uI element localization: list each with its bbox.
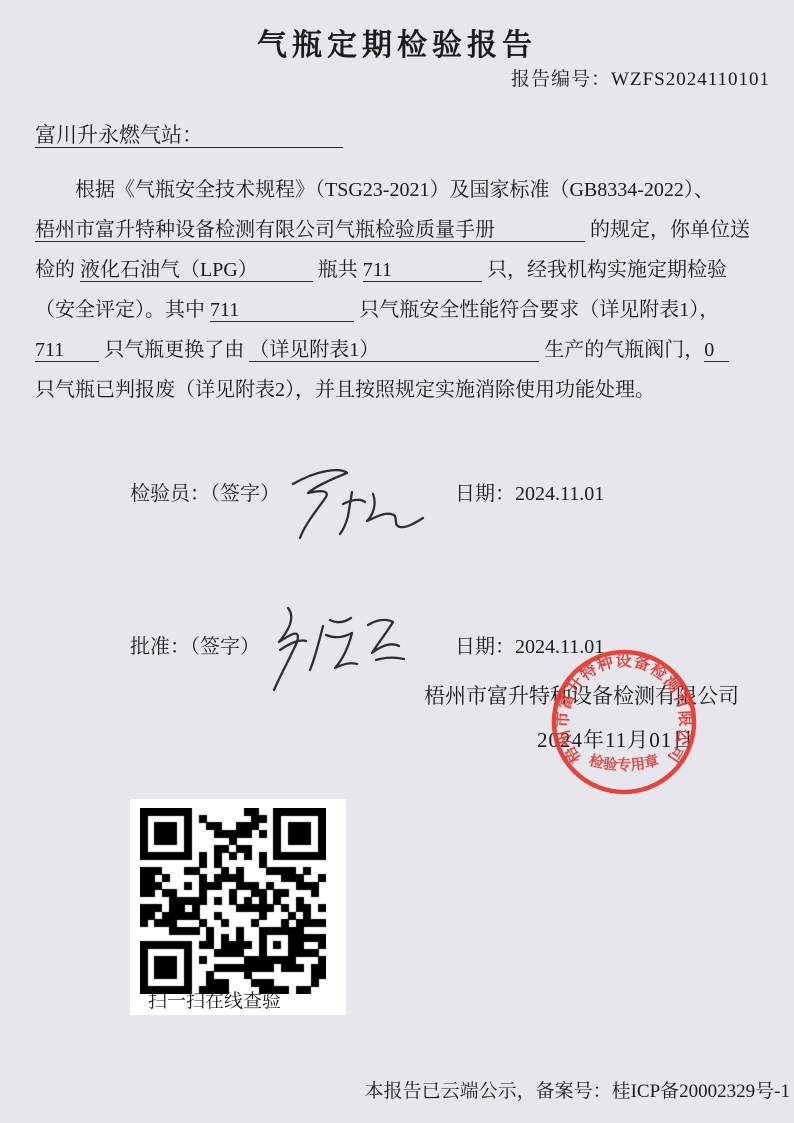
seal-bottom-text: 检验专用章	[587, 751, 661, 774]
qr-caption: 扫一扫在线查验	[148, 986, 281, 1013]
recipient-name: 富川升永燃气站：	[35, 123, 343, 148]
body-line-1: 根据《气瓶安全技术规程》（TSG23-2021）及国家标准（GB8334-202…	[35, 170, 767, 210]
body-text-segment: 只，经我机构实施定期检验	[482, 259, 727, 281]
page-title: 气瓶定期检验报告	[0, 20, 794, 64]
report-number: 报告编号：WZFS2024110101	[511, 64, 770, 91]
filled-blank-valve-maker: （详见附表1）	[249, 339, 539, 362]
svg-text:检验专用章: 检验专用章	[587, 751, 661, 774]
body-line-2: 梧州市富升特种设备检测有限公司气瓶检验质量手册 的规定，你单位送	[35, 210, 767, 250]
qr-code[interactable]	[140, 808, 326, 994]
inspector-date: 日期：2024.11.01	[455, 477, 604, 506]
body-text-segment: 根据《气瓶安全技术规程》（TSG23-2021）及国家标准（GB8334-202…	[75, 179, 714, 201]
body-line-3: 检的 液化石油气（LPG） 瓶共 711 只，经我机构实施定期检验	[35, 250, 767, 290]
body-line-4: （安全评定）。其中 711 只气瓶安全性能符合要求（详见附表1），	[35, 290, 767, 330]
body-text-segment: 的规定，你单位送	[585, 219, 750, 241]
filled-blank-valve-count: 711	[35, 339, 99, 362]
approver-label: 批准：（签字）	[130, 630, 260, 659]
footer-record-number: 本报告已云端公示，备案号：桂ICP备20002329号-1	[365, 1076, 790, 1103]
body-text-segment: 瓶共	[313, 259, 363, 281]
body-line-5: 711 只气瓶更换了由 （详见附表1） 生产的气瓶阀门，0	[35, 330, 767, 370]
body-text-segment: 只气瓶更换了由	[99, 339, 249, 361]
filled-blank-passed-count: 711	[210, 299, 354, 322]
svg-text:梧州市富升特种设备检测有限公司: 梧州市富升特种设备检测有限公司	[553, 652, 696, 767]
body-text-segment: 检的	[35, 259, 80, 281]
filled-blank-total-count: 711	[363, 259, 482, 282]
body-text-segment: 只气瓶安全性能符合要求（详见附表1），	[354, 299, 719, 321]
body-text-segment: 只气瓶已判报废（详见附表2），并且按照规定实施消除使用功能处理。	[35, 379, 655, 401]
inspector-row: 检验员：（签字） 日期：2024.11.01	[0, 477, 794, 507]
filled-blank-quality-manual: 梧州市富升特种设备检测有限公司气瓶检验质量手册	[35, 219, 585, 242]
body-line-6: 只气瓶已判报废（详见附表2），并且按照规定实施消除使用功能处理。	[35, 370, 767, 410]
body-text-segment: （安全评定）。其中	[35, 299, 210, 321]
recipient-line: 富川升永燃气站：	[35, 119, 343, 149]
filled-blank-scrapped-count: 0	[704, 339, 729, 362]
seal-ring-text: 梧州市富升特种设备检测有限公司	[553, 652, 696, 767]
inspector-label: 检验员：（签字）	[130, 477, 280, 506]
filled-blank-gas-type: 液化石油气（LPG）	[80, 259, 313, 282]
company-seal: 梧州市富升特种设备检测有限公司 检验专用章	[549, 647, 699, 797]
qr-panel: 扫一扫在线查验	[130, 799, 346, 1015]
body-text-segment: 生产的气瓶阀门，	[539, 339, 704, 361]
report-body: 根据《气瓶安全技术规程》（TSG23-2021）及国家标准（GB8334-202…	[35, 170, 767, 410]
report-page: 气瓶定期检验报告 报告编号：WZFS2024110101 富川升永燃气站： 根据…	[0, 0, 794, 1123]
